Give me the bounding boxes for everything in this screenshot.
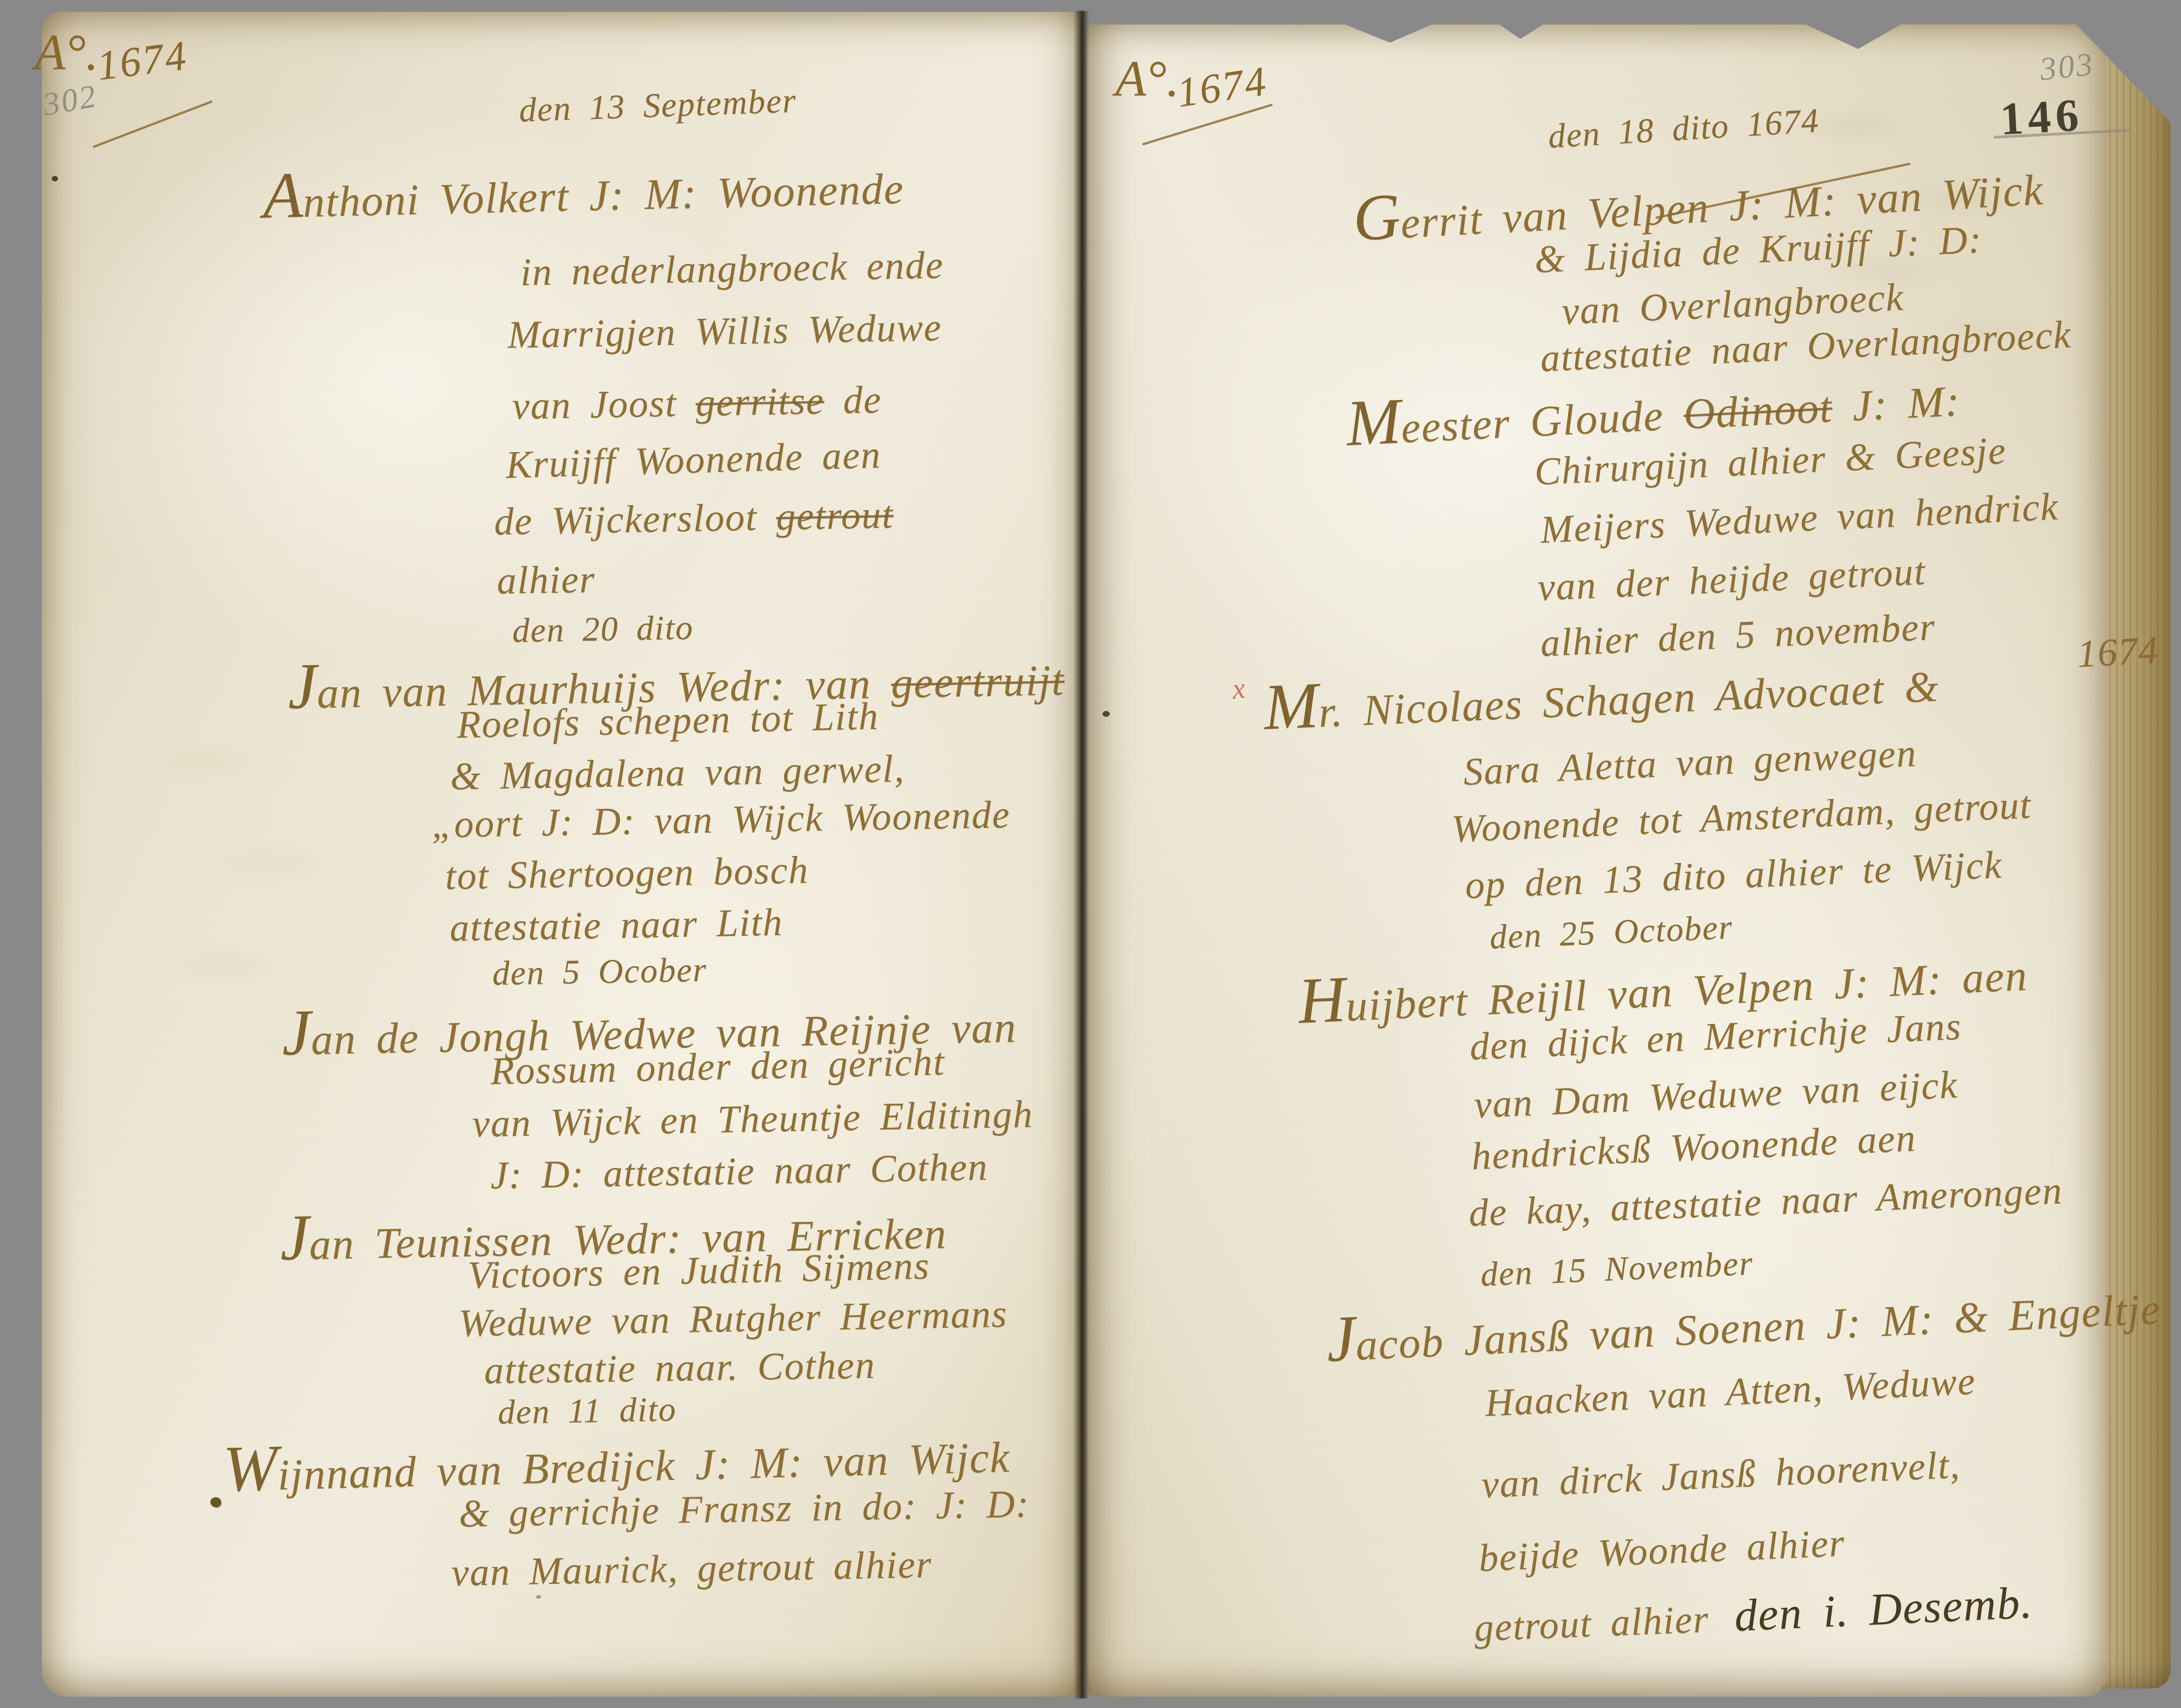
line-part: van Joost — [512, 381, 696, 428]
line-part: de Wijckersloot — [494, 495, 777, 543]
struck-word: Odinoot — [1682, 383, 1834, 438]
line-part: de — [824, 378, 882, 422]
manuscript-line: Weduwe van Rutgher Heermans — [458, 1291, 1008, 1346]
scanned-book-spread: A°. 1674 302 den 13 September Anthoni Vo… — [0, 0, 2181, 1708]
manuscript-line: Marrigjen Willis Weduwe — [507, 304, 942, 357]
manuscript-line: tot Shertoogen bosch — [445, 847, 809, 899]
manuscript-line: Victoors en Judith Sijmens — [467, 1243, 930, 1298]
struck-word: getrout — [776, 493, 894, 539]
manuscript-line: alhier — [496, 556, 596, 603]
manuscript-line: getrout alhier — [1473, 1596, 1710, 1650]
ink-blot — [1103, 711, 1110, 717]
manuscript-line: van Maurick, getrout alhier — [451, 1542, 933, 1595]
manuscript-line: in nederlangbroeck ende — [520, 242, 944, 295]
manuscript-line: van Joost gerritse de — [512, 377, 882, 428]
ink-blot — [52, 176, 58, 181]
manuscript-line: attestatie naar Lith — [449, 899, 783, 950]
manuscript-line: Anthoni Volkert J: M: Woonende — [262, 144, 905, 234]
date-heading: den 5 Ocober — [492, 950, 707, 993]
anno-label-left: A°. — [34, 24, 98, 82]
anno-label-right: A°. — [1115, 50, 1179, 108]
manuscript-line: 1674 — [2076, 627, 2160, 676]
manuscript-line: & Magdalena van gerwel, — [450, 746, 905, 799]
book-gutter — [1073, 11, 1089, 1698]
line-part: J: M: — [1831, 376, 1961, 431]
pencil-smudge — [536, 1595, 541, 1599]
manuscript-line: de Wijckersloot getrout — [494, 492, 894, 544]
ink-blot — [210, 1497, 221, 1507]
struck-word: geertruijt — [891, 656, 1065, 707]
manuscript-line: Rossum onder den gericht — [490, 1039, 945, 1094]
struck-word: gerritse — [695, 379, 825, 424]
manuscript-line: attestatie naar. Cothen — [484, 1342, 875, 1393]
pencil-folio-right: 303 — [2038, 45, 2096, 88]
manuscript-line: Roelofs schepen tot Lith — [457, 693, 879, 747]
